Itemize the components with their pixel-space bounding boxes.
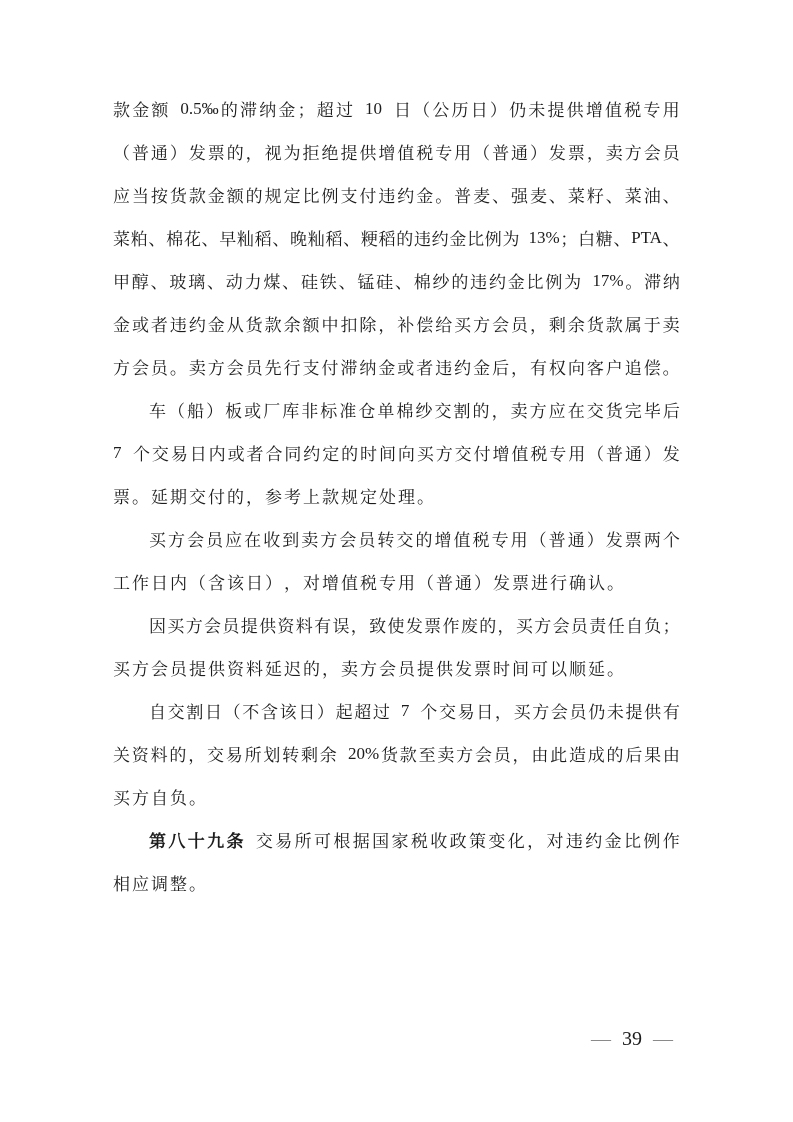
footer-dash-left: — — [591, 1028, 611, 1050]
paragraph: 因买方会员提供资料有误，致使发票作废的，买方会员责任自负；买方会员提供资料延迟的… — [113, 603, 680, 689]
paragraph: 买方会员应在收到卖方会员转交的增值税专用（普通）发票两个工作日内（含该日），对增… — [113, 517, 680, 603]
page-number: 39 — [622, 1028, 642, 1050]
text-line: 7个交易日内或者合同约定的时间向买方交付增值税专用（普通）发 — [113, 431, 680, 474]
footer-dash-right: — — [653, 1028, 673, 1050]
document-page: 款金额0.5‰的滞纳金；超过10日（公历日）仍未提供增值税专用（普通）发票的，视… — [0, 0, 793, 1122]
text-line: 自交割日（不含该日）起超过7个交易日，买方会员仍未提供有 — [113, 689, 680, 732]
page-footer: — 39 — — [113, 1028, 680, 1050]
text-line: 买方会员应在收到卖方会员转交的增值税专用（普通）发票两个 — [113, 517, 680, 560]
text-line: 金或者违约金从货款余额中扣除，补偿给买方会员，剩余货款属于卖 — [113, 302, 680, 345]
text-line: 工作日内（含该日），对增值税专用（普通）发票进行确认。 — [113, 560, 680, 603]
text-line: 买方自负。 — [113, 775, 680, 818]
text-line: 票。延期交付的，参考上款规定处理。 — [113, 474, 680, 517]
text-line: 相应调整。 — [113, 861, 680, 904]
document-body: 款金额0.5‰的滞纳金；超过10日（公历日）仍未提供增值税专用（普通）发票的，视… — [113, 87, 680, 904]
text-line: 车（船）板或厂库非标准仓单棉纱交割的，卖方应在交货完毕后 — [113, 388, 680, 431]
text-line: 买方会员提供资料延迟的，卖方会员提供发票时间可以顺延。 — [113, 646, 680, 689]
text-line: 第八十九条交易所可根据国家税收政策变化，对违约金比例作 — [113, 818, 680, 861]
text-line: 菜粕、棉花、早籼稻、晚籼稻、粳稻的违约金比例为13%；白糖、PTA、 — [113, 216, 680, 259]
text-line: 甲醇、玻璃、动力煤、硅铁、锰硅、棉纱的违约金比例为17%。滞纳 — [113, 259, 680, 302]
text-line: 应当按货款金额的规定比例支付违约金。普麦、强麦、菜籽、菜油、 — [113, 173, 680, 216]
paragraph: 第八十九条交易所可根据国家税收政策变化，对违约金比例作相应调整。 — [113, 818, 680, 904]
text-line: 关资料的，交易所划转剩余20%货款至卖方会员，由此造成的后果由 — [113, 732, 680, 775]
paragraph: 款金额0.5‰的滞纳金；超过10日（公历日）仍未提供增值税专用（普通）发票的，视… — [113, 87, 680, 388]
paragraph: 自交割日（不含该日）起超过7个交易日，买方会员仍未提供有关资料的，交易所划转剩余… — [113, 689, 680, 818]
text-line: 款金额0.5‰的滞纳金；超过10日（公历日）仍未提供增值税专用 — [113, 87, 680, 130]
paragraph: 车（船）板或厂库非标准仓单棉纱交割的，卖方应在交货完毕后7个交易日内或者合同约定… — [113, 388, 680, 517]
text-line: 方会员。卖方会员先行支付滞纳金或者违约金后，有权向客户追偿。 — [113, 345, 680, 388]
text-line: 因买方会员提供资料有误，致使发票作废的，买方会员责任自负； — [113, 603, 680, 646]
text-line: （普通）发票的，视为拒绝提供增值税专用（普通）发票，卖方会员 — [113, 130, 680, 173]
